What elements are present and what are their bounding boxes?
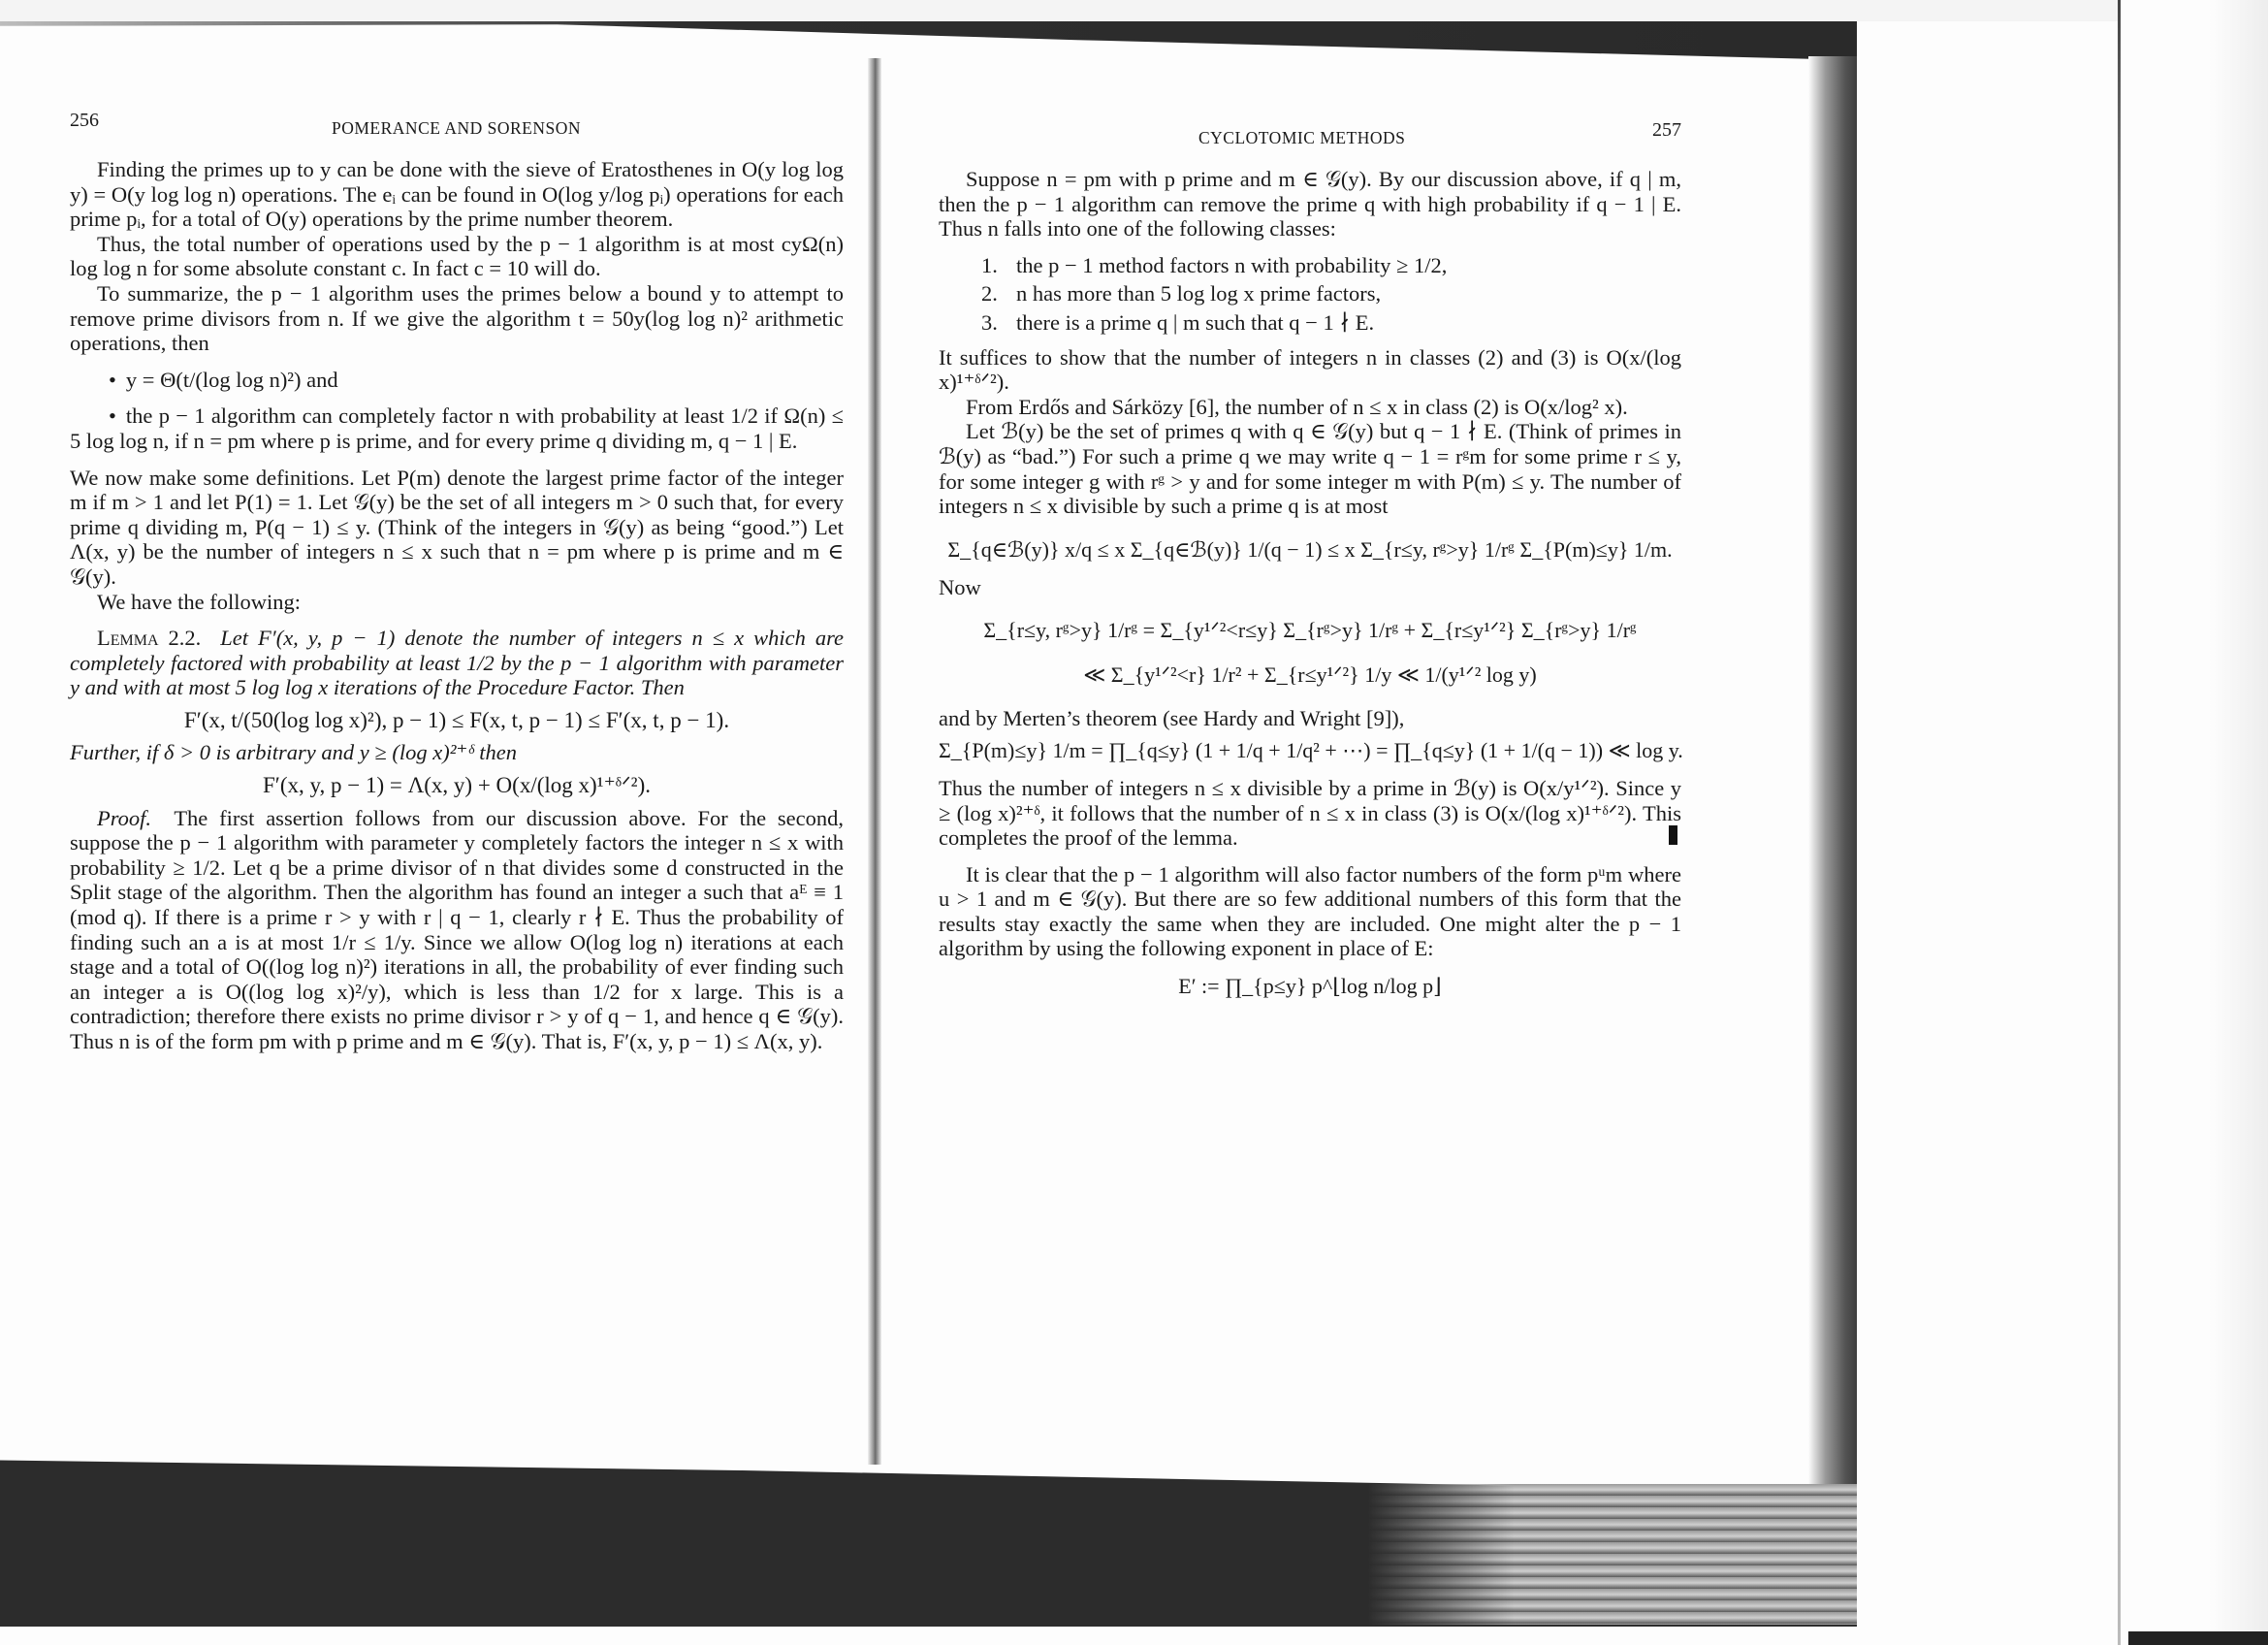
page-number: 257 xyxy=(1652,118,1681,144)
paragraph-sieve: Finding the primes up to y can be done w… xyxy=(70,157,844,232)
proof: Proof. The first assertion follows from … xyxy=(70,806,844,1054)
scanner-bed xyxy=(2121,0,2268,1645)
paragraph-prime-powers: It is clear that the p − 1 algorithm wil… xyxy=(939,862,1681,961)
paragraph-total-ops: Thus, the total number of operations use… xyxy=(70,232,844,281)
scanner-bottom-bar xyxy=(2128,1631,2268,1645)
class-item: 2.n has more than 5 log log x prime fact… xyxy=(981,281,1681,306)
left-running-head: 256 POMERANCE AND SORENSON xyxy=(70,109,844,138)
paragraph-suppose: Suppose n = pm with p prime and m ∈ 𝒢(y)… xyxy=(939,167,1681,242)
display-sum-split: Σ_{r≤y, rᵍ>y} 1/rᵍ = Σ_{y¹ᐟ²<r≤y} Σ_{rᵍ>… xyxy=(939,619,1681,642)
running-head-title: POMERANCE AND SORENSON xyxy=(332,116,581,142)
paragraph-definitions: We now make some definitions. Let P(m) d… xyxy=(70,466,844,590)
display-sum-estimate: ≪ Σ_{y¹ᐟ²<r} 1/r² + Σ_{r≤y¹ᐟ²} 1/y ≪ 1/(… xyxy=(939,663,1681,687)
class-list: 1.the p − 1 method factors n with probab… xyxy=(939,253,1681,336)
bullet-item: the p − 1 algorithm can completely facto… xyxy=(70,403,844,453)
proof-label: Proof. xyxy=(97,806,151,830)
lemma: Lemma 2.2. Let F′(x, y, p − 1) denote th… xyxy=(70,626,844,700)
lemma-display-inequality: F′(x, t/(50(log log x)²), p − 1) ≤ F(x, … xyxy=(70,708,844,733)
qed-symbol xyxy=(1669,825,1677,845)
scan-top-shadow xyxy=(0,21,1857,60)
scanner-edge-line xyxy=(2118,0,2121,1645)
display-sum-bound: Σ_{q∈ℬ(y)} x/q ≤ x Σ_{q∈ℬ(y)} 1/(q − 1) … xyxy=(939,538,1681,562)
book-gutter xyxy=(868,58,881,1465)
paragraph-suffices: It suffices to show that the number of i… xyxy=(939,345,1681,395)
page-edge-shadow xyxy=(1808,56,1857,1487)
paragraph-conclusion: Thus the number of integers n ≤ x divisi… xyxy=(939,776,1681,851)
page-stack-edges xyxy=(1367,1484,1857,1625)
paragraph-bad-primes: Let ℬ(y) be the set of primes q with q ∈… xyxy=(939,419,1681,518)
class-item: 1.the p − 1 method factors n with probab… xyxy=(981,253,1681,278)
paragraph-erdos: From Erdős and Sárközy [6], the number o… xyxy=(939,395,1681,420)
page-number: 256 xyxy=(70,109,99,134)
paragraph-we-have: We have the following: xyxy=(70,590,844,615)
scan-top-margin xyxy=(0,0,2268,21)
right-page: CYCLOTOMIC METHODS 257 Suppose n = pm wi… xyxy=(939,118,1681,1006)
bullet-item: y = Θ(t/(log log n)²) and xyxy=(70,368,844,393)
left-page: 256 POMERANCE AND SORENSON Finding the p… xyxy=(70,109,844,1054)
lemma-label: Lemma 2.2. xyxy=(97,626,201,650)
paragraph-mertens: and by Merten’s theorem (see Hardy and W… xyxy=(939,706,1681,731)
class-item: 3.there is a prime q | m such that q − 1… xyxy=(981,310,1681,336)
proof-text: The first assertion follows from our dis… xyxy=(70,806,844,1053)
paragraph-summary: To summarize, the p − 1 algorithm uses t… xyxy=(70,281,844,356)
right-running-head: CYCLOTOMIC METHODS 257 xyxy=(939,118,1681,147)
now-label: Now xyxy=(939,575,1681,600)
lemma-display-equation: F′(x, y, p − 1) = Λ(x, y) + O(x/(log x)¹… xyxy=(70,773,844,798)
display-mertens-product: Σ_{P(m)≤y} 1/m = ∏_{q≤y} (1 + 1/q + 1/q²… xyxy=(939,739,1681,762)
running-head-title: CYCLOTOMIC METHODS xyxy=(1198,126,1405,151)
lemma-further: Further, if δ > 0 is arbitrary and y ≥ (… xyxy=(70,740,844,765)
display-exponent: E′ := ∏_{p≤y} p^⌊log n/log p⌋ xyxy=(939,975,1681,998)
